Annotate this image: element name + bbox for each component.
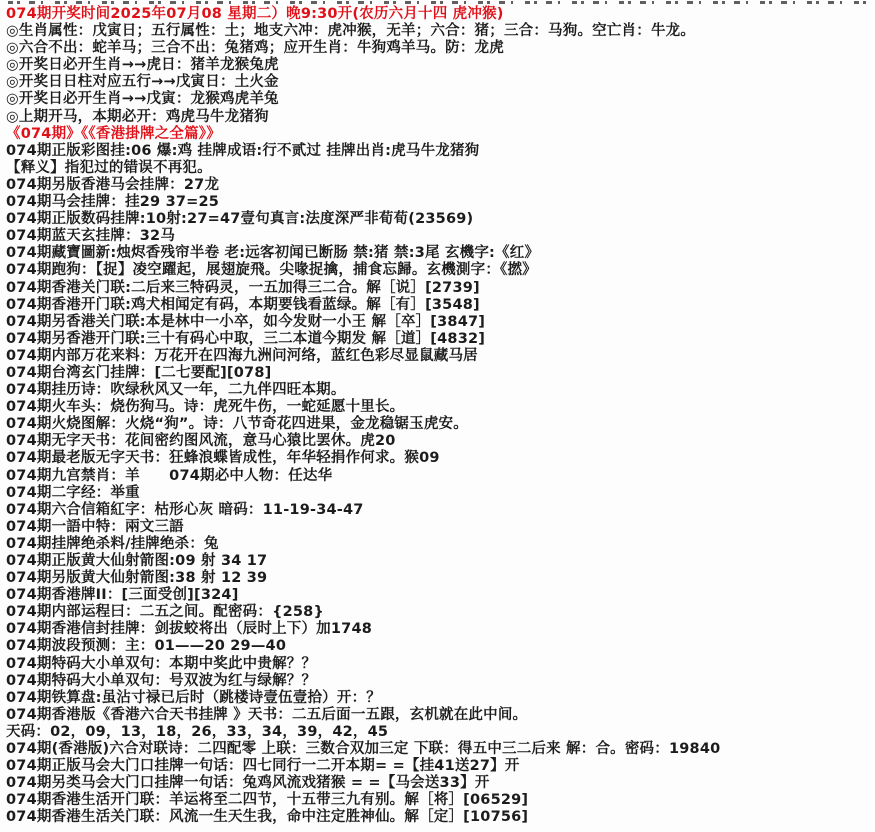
text-line: 074期火烧图解：火烧“狗”。诗：八节奇花四进果，金龙稳锯玉虎安。 [6,416,875,433]
text-line: 【释义】指犯过的错误不再犯。 [6,160,875,177]
lottery-text-list: 074期开奖时间2025年07月08 星期二）晚9:30开(农历六月十四 虎冲猴… [6,6,875,827]
text-line: 074期藏寶圖新:烛烬香残帘半卷 老:远客初闻已断肠 禁:猪 禁:3尾 玄機字:… [6,245,875,262]
text-line: 074期蓝天玄挂牌：32马 [6,228,875,245]
text-line: ◎生肖属性：戊寅日；五行属性：土；地支六冲：虎冲猴，无羊；六合：猪；三合：马狗。… [6,23,875,40]
text-line: 074期跑狗：【捉】凌空躍起，展翅旋飛。尖喙捉擒，捕食忘歸。玄機測字：《撚》 [6,262,875,279]
text-line: ◎开奖日日柱对应五行→→戊寅日：土火金 [6,74,875,91]
text-line: 074期香港开门联:鸡犬相闻定有码，本期要钱看蓝绿。解［有］[3548] [6,297,875,314]
text-line: 074期波段预测：主：01——20 29—40 [6,638,875,655]
text-line: 074期香港信封挂牌：剑拔蛟将出（辰时上下）加1748 [6,621,875,638]
text-line: 天码：02，09，13，18，26，33，34，39，42，45 [6,724,875,741]
text-line: 074期最老版无字天书：狂蜂浪蝶皆成性，年华轻捐作何求。猴09 [6,450,875,467]
text-line: 074期正版黄大仙射箭图:09 射 34 17 [6,553,875,570]
section-title-line: 《074期》《《香港掛牌之全篇》》 [6,126,875,143]
text-line: 074期一語中特：兩文三語 [6,519,875,536]
text-line: 074期六合信箱紅字：枯形心灰 暗码：11-19-34-47 [6,502,875,519]
text-line: 074期无字天书：花间密约图风流，意马心猿比罢休。虎20 [6,433,875,450]
text-line: 074期另香港关门联:本是林中一小卒，如今发财一小王 解［卒］[3847] [6,314,875,331]
text-line: 074期香港生活开门联：羊运将至二四节，十五带三九有别。解［将］[06529] [6,792,875,809]
text-line: 074期特码大小单双句：本期中奖此中贵解？？ [6,656,875,673]
text-line: ◎六合不出：蛇羊马；三合不出：兔猪鸡；应开生肖：牛狗鸡羊马。防：龙虎 [6,40,875,57]
text-line: ◎开奖日必开生肖→→虎日：猪羊龙猴兔虎 [6,57,875,74]
text-line: 074期香港牌II：[三面受创][324] [6,587,875,604]
text-line: 074期另版黄大仙射箭图:38 射 12 39 [6,570,875,587]
text-line: 074期另类马会大门口挂牌一句话：兔鸡风流戏猪猴 = =【马会送33】开 [6,775,875,792]
text-line: 074期内部万花来料：万花开在四海九洲问河络，蓝红色彩尽显鼠藏马居 [6,348,875,365]
text-line: 074期香港生活关门联：风流一生天生我，命中注定胜神仙。解［定］[10756] [6,809,875,826]
text-line: 074期铁算盘:虽沾寸禄已后时（跳楼诗壹伍壹拾）开：？ [6,690,875,707]
text-line: 074期特码大小单双句：号双波为红与绿解？？ [6,673,875,690]
text-line: 074期内部运程曰：二五之间。配密码：{258} [6,604,875,621]
lottery-tips-page: 074期开奖时间2025年07月08 星期二）晚9:30开(农历六月十四 虎冲猴… [0,0,875,832]
text-line: 074期(香港版)六合对联诗：二四配零 上联：三数合双加三定 下联：得五中三二后… [6,741,875,758]
text-line: 074期正版马会大门口挂牌一句话：四七同行一二开本期= =【挂41送27】开 [6,758,875,775]
text-line: 074期另香港开门联:三十有码心中取，三二本道今期发 解［道］[4832] [6,331,875,348]
text-line: 074期台湾玄门挂牌：[二七要配][078] [6,365,875,382]
cropped-text-remnant [8,1,866,4]
text-line: 074期另版香港马会挂牌：27龙 [6,177,875,194]
text-line: 074期九宫禁肖：羊 074期必中人物：任达华 [6,468,875,485]
text-line: ◎上期开马，本期必开：鸡虎马牛龙猪狗 [6,109,875,126]
text-line: 074期挂牌绝杀料/挂牌绝杀：兔 [6,536,875,553]
text-line: 074期火车头：烧伤狗马。诗：虎死牛伤，一蛇延愿十里长。 [6,399,875,416]
text-line: 074期马会挂牌：挂29 37=25 [6,194,875,211]
text-line: 074期挂历诗：吹绿秋风又一年，二九伴四旺本期。 [6,382,875,399]
text-line: 074期香港版《香港六合天书挂牌 》天书：二五后面一五跟，玄机就在此中间。 [6,707,875,724]
text-line: ◎开奖日必开生肖→→戊寅：龙猴鸡虎羊兔 [6,91,875,108]
text-line: 074期二字经：举重 [6,485,875,502]
text-line: 074期香港关门联:二后来三特码灵，一五加得三二合。解［说］[2739] [6,280,875,297]
draw-time-header-line: 074期开奖时间2025年07月08 星期二）晚9:30开(农历六月十四 虎冲猴… [6,6,875,23]
text-line: 074期正版彩图挂:06 爆:鸡 挂牌成语:行不贰过 挂牌出肖:虎马牛龙猪狗 [6,143,875,160]
text-line: 074期正版数码挂牌:10射:27=47壹句真言:法度深严非荀荀(23569) [6,211,875,228]
